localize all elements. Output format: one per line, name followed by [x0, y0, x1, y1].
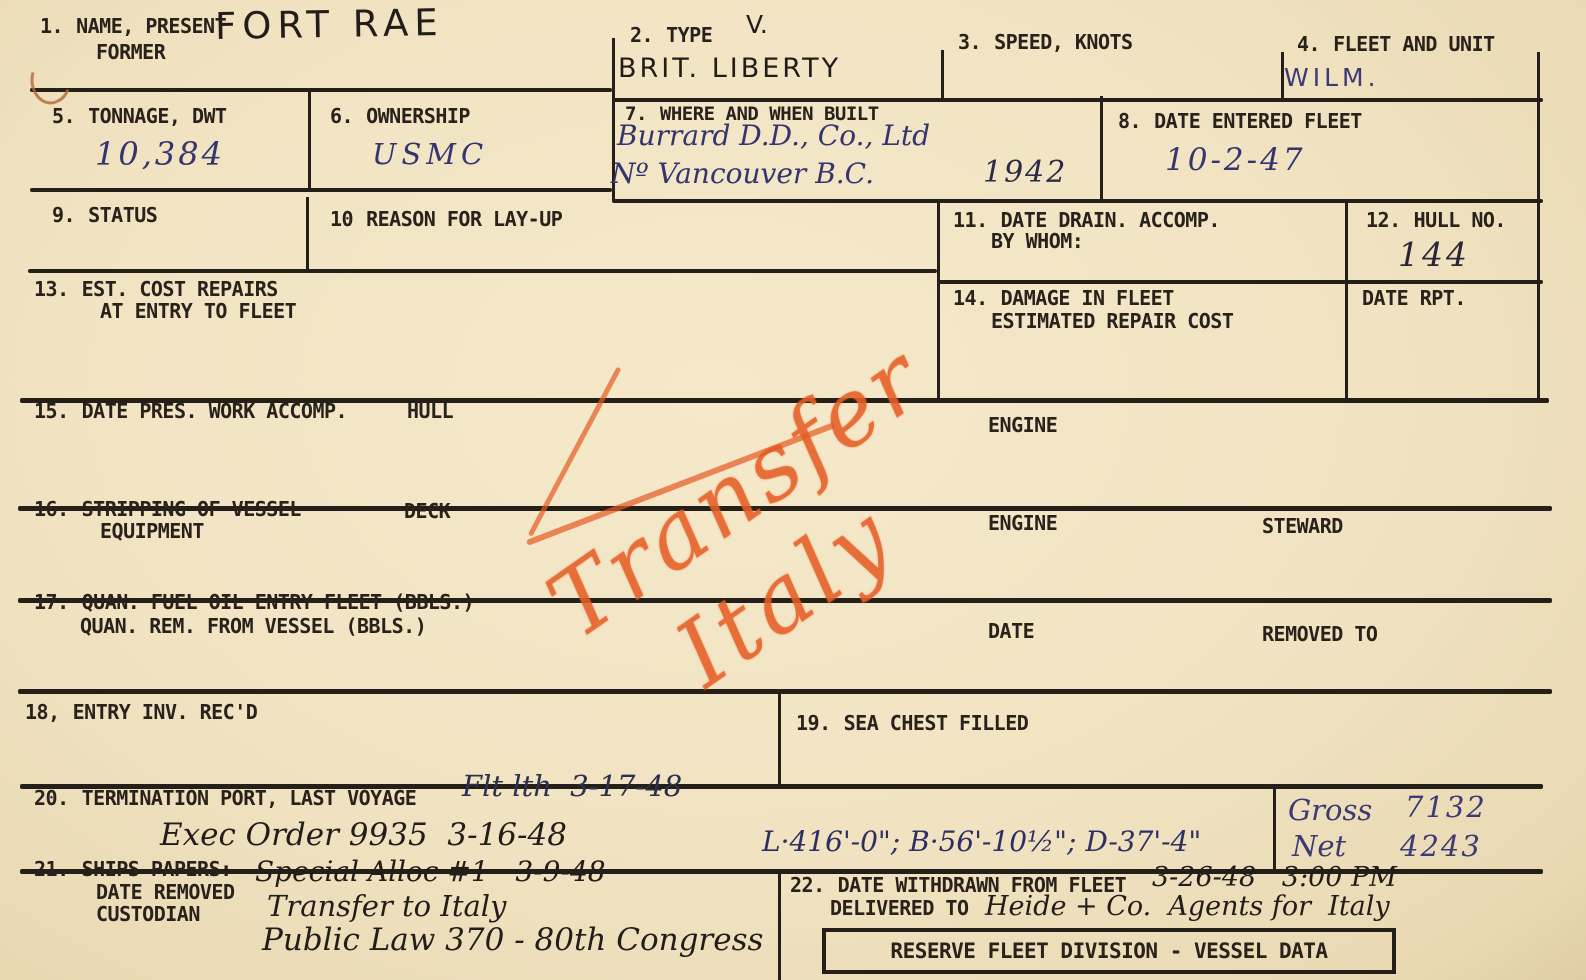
field-21-label: 21.SHIPS PAPERS: — [34, 858, 232, 880]
field-number: 13. — [34, 277, 69, 301]
field-number: 16. — [34, 497, 69, 521]
grid-line — [612, 38, 615, 100]
field-14-date-rpt-label: DATE RPT. — [1362, 287, 1466, 309]
field-number: 3. — [958, 30, 981, 54]
field-20-net-value: 4243 — [1400, 832, 1482, 861]
field-14-label-line2: ESTIMATED REPAIR COST — [991, 310, 1233, 332]
grid-line — [778, 691, 781, 786]
grid-line — [1345, 199, 1348, 400]
field-number: 11. — [953, 208, 988, 232]
stray-pencil-mark — [22, 52, 78, 111]
field-number: 12. — [1366, 208, 1401, 232]
field-3-label: 3.SPEED, KNOTS — [958, 31, 1133, 53]
grid-line — [18, 689, 1552, 694]
field-4-value-fleet-unit: WILM. — [1284, 65, 1380, 90]
field-15-label: 15.DATE PRES. WORK ACCOMP. — [34, 400, 347, 422]
field-20-exec-order: Exec Order 9935 3-16-48 — [160, 820, 567, 851]
grid-line — [1273, 788, 1276, 872]
field-number: 8. — [1118, 109, 1141, 133]
field-21-hw-transfer-italy: Transfer to Italy — [267, 892, 506, 921]
field-16-label: 16.STRIPPING OF VESSEL — [34, 498, 301, 520]
field-11-label: 11.DATE DRAIN. ACCOMP. — [953, 209, 1220, 231]
field-16-label-line2: EQUIPMENT — [100, 520, 204, 542]
field-20-dimensions: L·416'-0"; B·56'-10½"; D-37'-4" — [762, 828, 1201, 856]
field-16-col-engine: ENGINE — [988, 512, 1057, 534]
field-number: 19. — [796, 711, 831, 735]
grid-line — [1537, 52, 1540, 402]
field-16-col-deck: DECK — [404, 500, 450, 522]
field-20-net-label: Net — [1292, 832, 1346, 861]
field-15-col-engine: ENGINE — [988, 414, 1057, 436]
field-17-col-removed-to: REMOVED TO — [1262, 623, 1377, 645]
field-number: 21. — [34, 857, 69, 881]
field-number: 4. — [1297, 32, 1320, 56]
field-7-value-place: Nº Vancouver B.C. — [611, 160, 874, 188]
grid-line — [30, 88, 612, 92]
field-17-label: 17.QUAN. FUEL OIL ENTRY FLEET (BBLS.) — [34, 591, 474, 613]
grid-line — [937, 199, 940, 400]
field-7-value-builder: Burrard D.D., Co., Ltd — [617, 122, 930, 150]
field-18-label: 18,ENTRY INV. REC'D — [25, 701, 257, 723]
field-17-label-line2: QUAN. REM. FROM VESSEL (BBLS.) — [80, 615, 426, 637]
field-number: 20. — [34, 786, 69, 810]
field-number: 14. — [953, 286, 988, 310]
field-number: 18, — [25, 700, 60, 724]
field-21-hw-special-alloc: Special Alloc #1 3-9-48 — [255, 858, 606, 886]
field-20-value-termination: Flt lth 3-17-48 — [462, 772, 682, 801]
field-1-value-name-present: FORT RAE — [215, 4, 444, 45]
field-22-label-delivered-to: DELIVERED TO — [830, 897, 969, 919]
field-13-label: 13.EST. COST REPAIRS — [34, 278, 278, 300]
field-number: 5. — [52, 104, 75, 128]
field-number: 22. — [790, 873, 825, 897]
field-13-label-line2: AT ENTRY TO FLEET — [100, 300, 296, 322]
field-20-gross-label: Gross — [1288, 796, 1372, 825]
field-4-label: 4.FLEET AND UNIT — [1297, 33, 1495, 55]
field-number: 9. — [52, 203, 75, 227]
field-1-label: 1.NAME, PRESENT — [40, 15, 226, 37]
field-20-gross-value: 7132 — [1405, 793, 1487, 822]
grid-line — [778, 871, 781, 980]
grid-line — [306, 197, 309, 271]
field-20-label: 20.TERMINATION PORT, LAST VOYAGE — [34, 787, 416, 809]
field-2-label: 2.TYPE — [630, 24, 712, 46]
footer-title-box: RESERVE FLEET DIVISION - VESSEL DATA — [822, 928, 1396, 974]
field-5-value-tonnage: 10,384 — [95, 138, 225, 170]
grid-line — [941, 50, 944, 100]
field-22-value-date-withdrawn: 3-26-48 3:00 PM — [1152, 864, 1397, 891]
field-9-label: 9.STATUS — [52, 204, 157, 226]
field-5-label: 5.TONNAGE, DWT — [52, 105, 227, 127]
field-number: 2. — [630, 23, 653, 47]
field-15-col-hull: HULL — [407, 400, 453, 422]
field-6-label: 6.OWNERSHIP — [330, 105, 470, 127]
field-17-col-date: DATE — [988, 620, 1034, 642]
grid-line — [1100, 96, 1103, 201]
grid-line — [612, 98, 1543, 102]
footer-title: RESERVE FLEET DIVISION - VESSEL DATA — [890, 939, 1327, 963]
field-21-label-date-removed: DATE REMOVED — [96, 881, 235, 903]
grid-line — [30, 188, 612, 192]
grid-line — [28, 269, 937, 273]
field-number: 17. — [34, 590, 69, 614]
field-21-hw-public-law: Public Law 370 - 80th Congress — [262, 925, 763, 956]
field-6-value-ownership: USMC — [372, 140, 488, 169]
field-7-value-year: 1942 — [983, 158, 1067, 188]
field-21-label-custodian: CUSTODIAN — [96, 903, 200, 925]
field-12-label: 12.HULL NO. — [1366, 209, 1506, 231]
field-number: 1. — [40, 14, 63, 38]
field-14-label: 14.DAMAGE IN FLEET — [953, 287, 1174, 309]
grid-line — [937, 280, 1543, 284]
field-2-value-inline: V. — [746, 12, 768, 37]
field-8-value-date-entered: 10-2-47 — [1165, 145, 1306, 176]
field-2-value-type: BRIT. LIBERTY — [618, 55, 841, 82]
field-12-value-hull-no: 144 — [1398, 238, 1470, 271]
field-1-label-former: FORMER — [96, 41, 165, 63]
field-number: 15. — [34, 399, 69, 423]
field-10-label: 10REASON FOR LAY-UP — [330, 208, 562, 230]
vessel-data-card: 1.NAME, PRESENT FORMER FORT RAE 2.TYPE V… — [0, 0, 1586, 980]
grid-line — [612, 199, 1543, 203]
field-22-value-delivered-to: Heide + Co. Agents for Italy — [985, 893, 1390, 920]
field-number: 6. — [330, 104, 353, 128]
field-11-label-by-whom: BY WHOM: — [991, 230, 1083, 252]
field-8-label: 8.DATE ENTERED FLEET — [1118, 110, 1362, 132]
field-16-col-steward: STEWARD — [1262, 515, 1343, 537]
grid-line — [308, 92, 311, 190]
field-19-label: 19.SEA CHEST FILLED — [796, 712, 1028, 734]
field-number: 10 — [330, 207, 353, 231]
